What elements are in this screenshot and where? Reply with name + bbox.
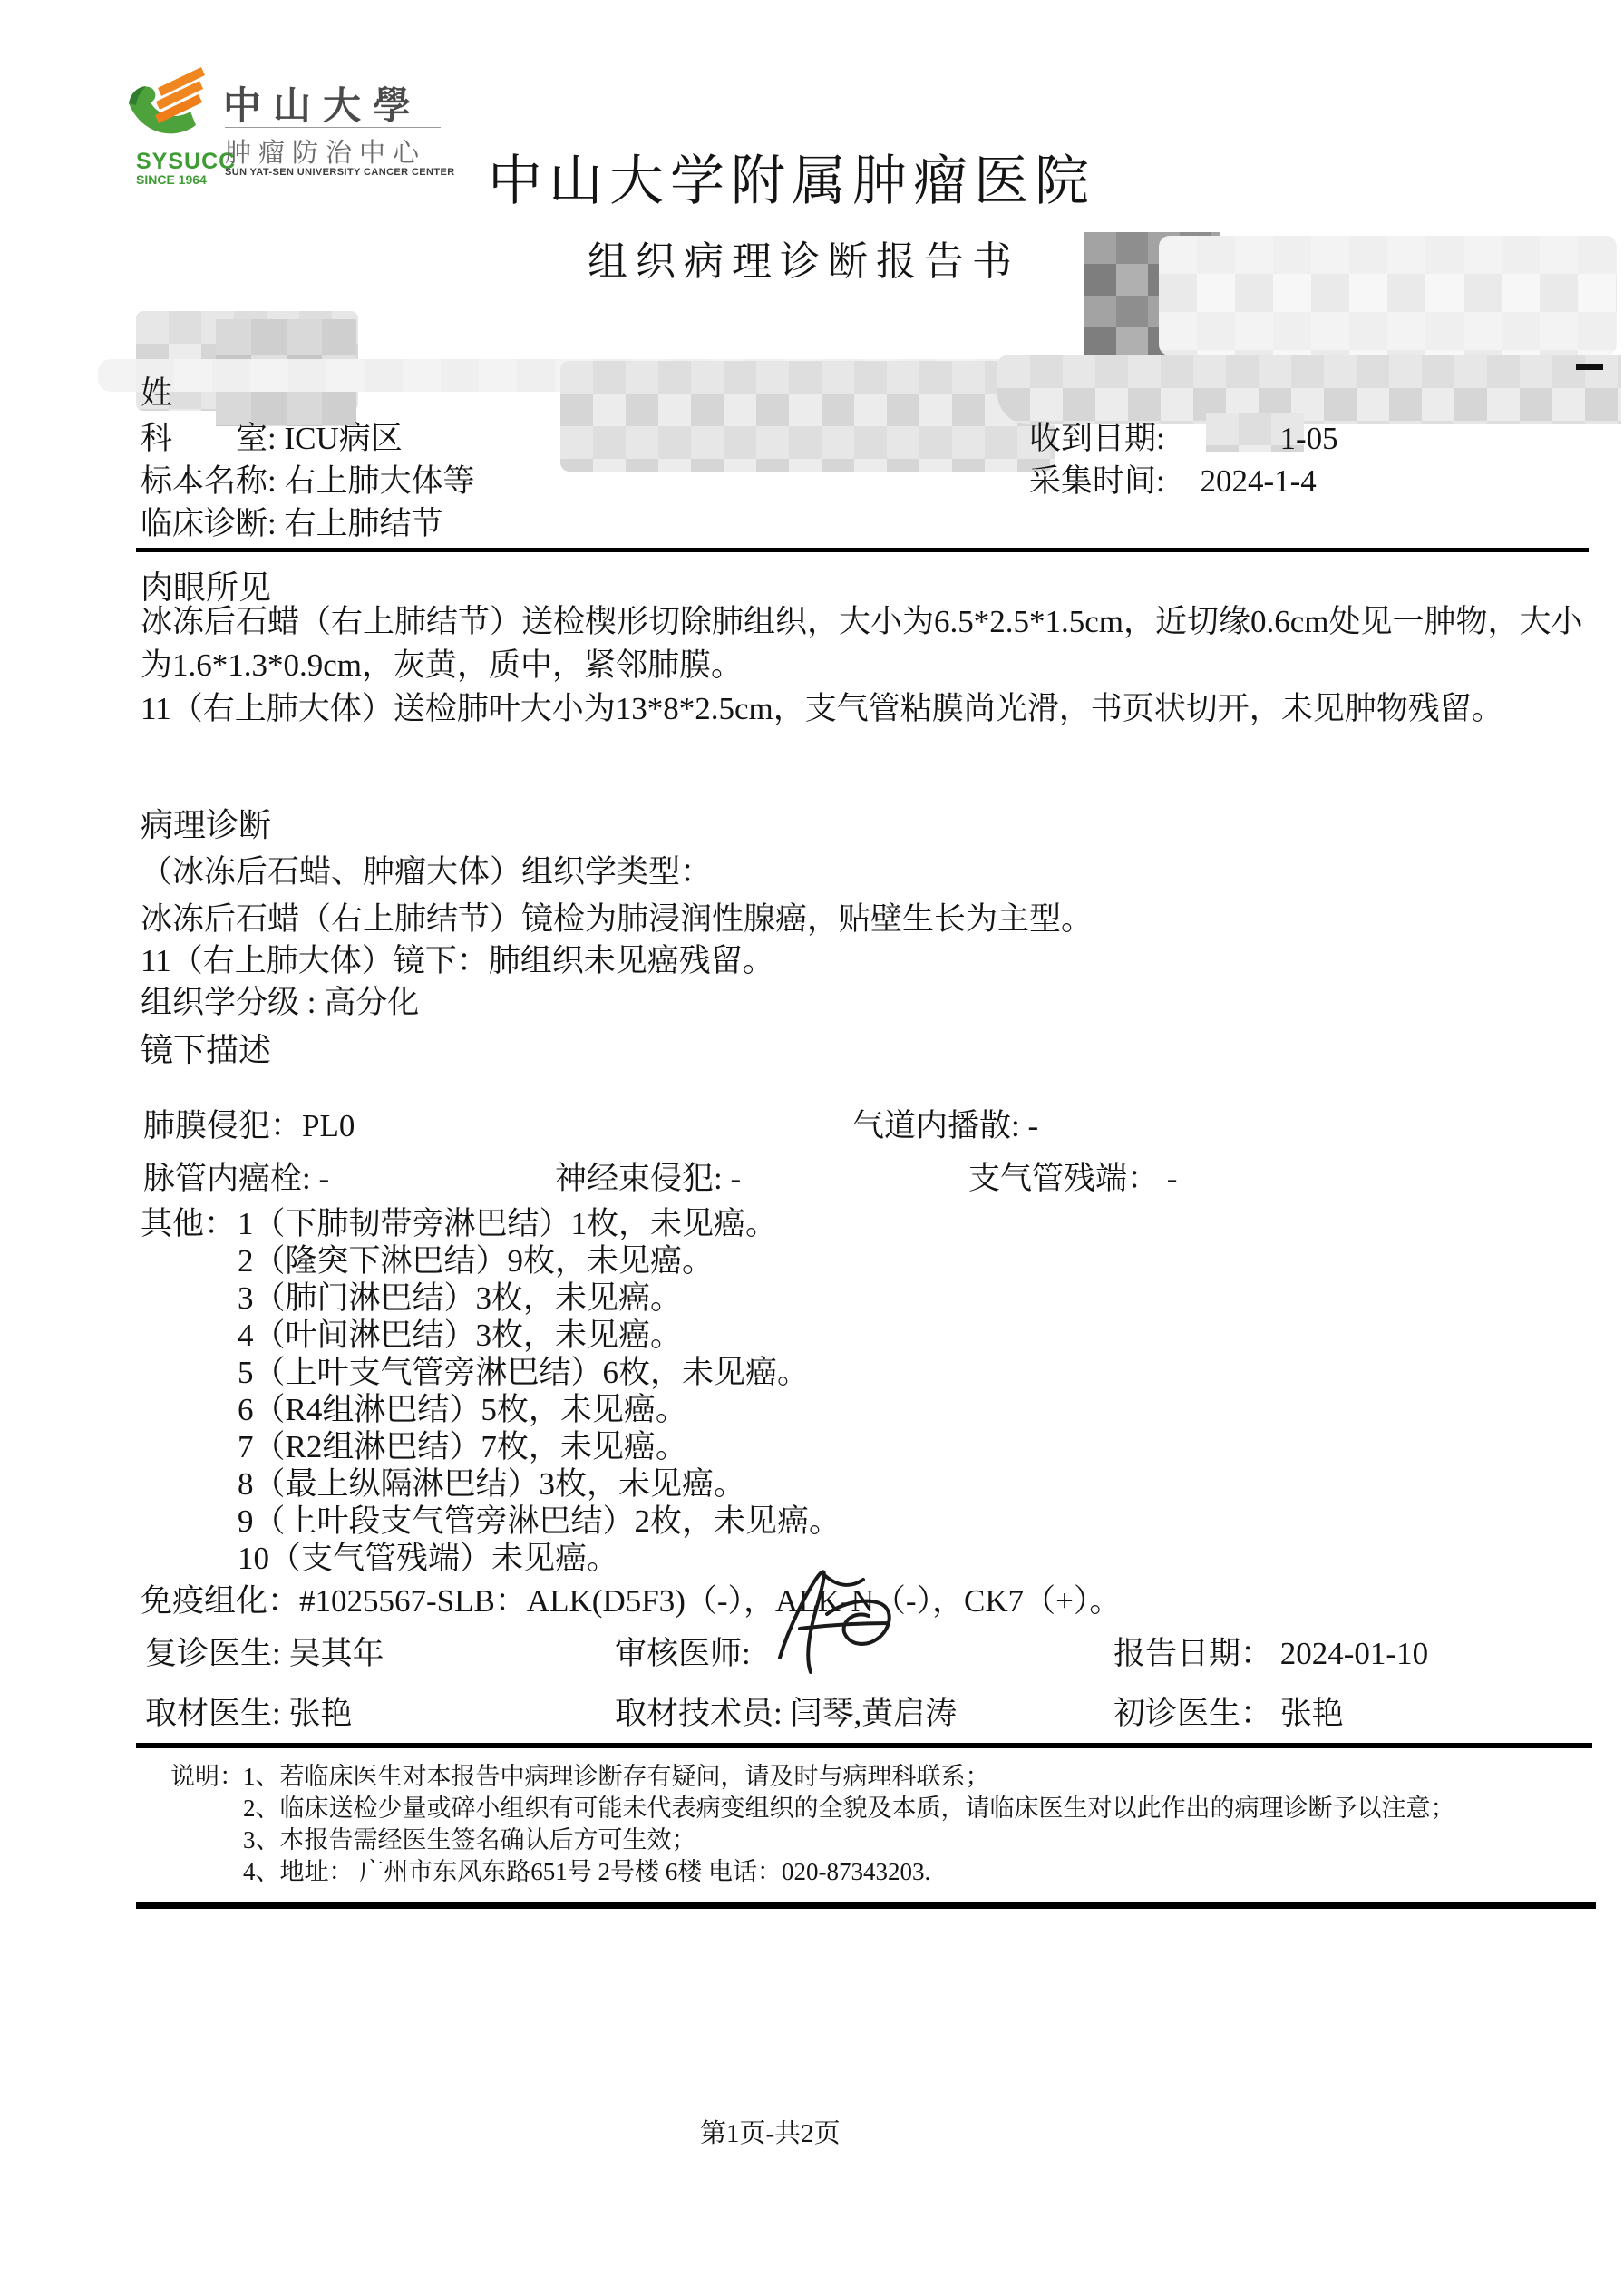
sysucc-bird-logo-icon: [125, 65, 216, 149]
page-indicator: 第1页-共2页: [700, 2113, 841, 2150]
diagnosis-line-1: 冰冻后石蜡（右上肺结节）镜检为肺浸润性腺癌，贴壁生长为主型。: [141, 898, 1093, 940]
vascular-tumor-thrombus-field: 脉管内癌栓: -: [143, 1157, 329, 1200]
microscopic-heading: 镜下描述: [141, 1025, 271, 1071]
diagnosis-line-2: 11（右上肺大体）镜下：肺组织未见癌残留。: [141, 939, 774, 982]
note-item: 1、若临床医生对本报告中病理诊断存有疑问，请及时与病理科联系；: [243, 1761, 990, 1793]
redaction-mosaic: [560, 361, 1055, 472]
report-date-label: 报告日期：: [1113, 1636, 1280, 1671]
redaction-mosaic: [997, 355, 1621, 424]
page-title: 中山大学附属肿瘤医院: [488, 138, 1095, 216]
diagnosis-heading: 病理诊断: [141, 800, 271, 846]
initial-doctor-field: 初诊医生： 张艳: [1113, 1692, 1344, 1735]
note-item: 3、本报告需经医生签名确认后方可生效；: [243, 1824, 696, 1856]
lymph-node-item: 8（最上纵隔淋巴结）3枚，未见癌。: [238, 1463, 745, 1505]
collected-time-value: 2024-1-4: [1172, 463, 1316, 499]
audit-doctor-label: 审核医师:: [615, 1636, 758, 1671]
logo-center-name: 肿瘤防治中心: [225, 132, 426, 170]
collected-time-label: 采集时间:: [1029, 463, 1172, 499]
lymph-node-item: 9（上叶段支气管旁淋巴结）2枚，未见癌。: [238, 1500, 841, 1542]
section-divider: [136, 1743, 1592, 1748]
patient-name-label: 姓: [141, 372, 172, 414]
note-item: 2、临床送检少量或碎小组织有可能未代表病变组织的全貌及本质，请临床医生对以此作出…: [243, 1793, 1455, 1824]
lymph-node-item: 5（上叶支气管旁淋巴结）6枚，未见癌。: [238, 1351, 809, 1394]
nerve-invasion-field: 神经束侵犯: -: [555, 1157, 741, 1200]
lymph-node-item: 7（R2组淋巴结）7枚，未见癌。: [238, 1425, 687, 1468]
pleura-label: 肺膜侵犯：: [143, 1108, 302, 1143]
department-row: 科 室: ICU病区: [141, 417, 403, 460]
ihc-value: #1025567-SLB：ALK(D5F3)（-），ALK-N（-），CK7（+…: [299, 1583, 1121, 1619]
histology-type-label: （冰冻后石蜡、肿瘤大体）组织学类型：: [141, 851, 712, 893]
logo-university-name: 中山大學: [223, 76, 423, 131]
sampling-doctor-field: 取材医生: 张艳: [145, 1692, 353, 1735]
clinical-dx-value: 右上肺结节: [284, 506, 442, 541]
airway-value: -: [1027, 1108, 1038, 1143]
hospital-logo: SYSUCC SINCE 1964 中山大學 肿瘤防治中心 SUN YAT-SE…: [125, 65, 424, 183]
notes-label: 说明：: [170, 1761, 244, 1793]
report-date-field: 报告日期： 2024-01-10: [1113, 1632, 1428, 1675]
bottom-divider: [136, 1902, 1596, 1909]
report-date-value: 2024-01-10: [1280, 1636, 1428, 1671]
review-doctor-field: 复诊医生: 吴其年: [145, 1632, 384, 1675]
lymph-node-item: 6（R4组淋巴结）5枚，未见癌。: [238, 1388, 687, 1431]
received-date-value: 1-05: [1172, 421, 1337, 456]
airway-spread-field: 气道内播散: -: [852, 1104, 1038, 1147]
lymph-node-item: 2（隆突下淋巴结）9枚，未见癌。: [238, 1240, 714, 1282]
logo-divider: [225, 127, 441, 128]
nerve-value: -: [730, 1161, 741, 1196]
note-item: 4、地址： 广州市东风东路651号 2号楼 6楼 电话：020-87343203…: [243, 1856, 930, 1888]
lymph-node-item: 10（支气管残端）未见癌。: [238, 1537, 618, 1580]
vascular-label: 脉管内癌栓:: [143, 1161, 318, 1196]
bronchial-label: 支气管残端：: [968, 1161, 1167, 1196]
initial-doctor-value: 张艳: [1280, 1696, 1344, 1731]
vascular-value: -: [318, 1161, 329, 1196]
received-date-label: 收到日期:: [1029, 421, 1172, 456]
specimen-label: 标本名称:: [141, 463, 284, 499]
clinical-dx-row: 临床诊断: 右上肺结节: [141, 502, 443, 545]
pleura-invasion-field: 肺膜侵犯：PL0: [143, 1104, 355, 1147]
department-value: ICU病区: [284, 421, 402, 456]
gross-findings-paragraph-1: 冰冻后石蜡（右上肺结节）送检楔形切除肺组织，大小为6.5*2.5*1.5cm，近…: [141, 600, 1596, 687]
clinical-dx-label: 临床诊断:: [141, 506, 284, 541]
logo-acronym: SYSUCC: [136, 149, 236, 175]
technician-value: 闫琴,黄启涛: [790, 1696, 957, 1731]
audit-doctor-signature: [762, 1558, 920, 1685]
pathology-report-page: SYSUCC SINCE 1964 中山大學 肿瘤防治中心 SUN YAT-SE…: [0, 0, 1624, 2296]
specimen-row: 标本名称: 右上肺大体等: [141, 460, 475, 502]
initial-doctor-label: 初诊医生：: [1113, 1696, 1280, 1731]
audit-doctor-field: 审核医师:: [615, 1632, 758, 1675]
section-divider: [136, 548, 1589, 552]
redaction-mosaic: [1159, 236, 1617, 355]
received-date-row: 收到日期: 1-05: [1029, 417, 1338, 460]
ihc-label: 免疫组化：: [141, 1583, 299, 1619]
logo-center-name-en: SUN YAT-SEN UNIVERSITY CANCER CENTER: [225, 167, 455, 178]
review-doctor-value: 吴其年: [288, 1636, 384, 1671]
sampling-doctor-label: 取材医生:: [145, 1696, 288, 1731]
report-subtitle: 组织病理诊断报告书: [588, 229, 1020, 287]
other-label: 其他：: [141, 1202, 236, 1245]
specimen-value: 右上肺大体等: [284, 463, 474, 499]
technician-label: 取材技术员:: [615, 1696, 790, 1731]
technician-field: 取材技术员: 闫琴,黄启涛: [615, 1692, 957, 1735]
ihc-row: 免疫组化：#1025567-SLB：ALK(D5F3)（-），ALK-N（-），…: [141, 1580, 1121, 1622]
gross-findings-paragraph-2: 11（右上肺大体）送检肺叶大小为13*8*2.5cm，支气管粘膜尚光滑，书页状切…: [141, 687, 1596, 731]
airway-label: 气道内播散:: [852, 1108, 1027, 1143]
histology-grade-row: 组织学分级 : 高分化: [141, 981, 419, 1024]
lymph-node-item: 3（肺门淋巴结）3枚，未见癌。: [238, 1277, 682, 1319]
pleura-value: PL0: [302, 1108, 355, 1143]
grade-label: 组织学分级 :: [141, 985, 324, 1020]
redacted-text-dash: [1576, 364, 1603, 370]
lymph-node-item: 4（叶间淋巴结）3枚，未见癌。: [238, 1314, 682, 1357]
bronchial-value: -: [1167, 1161, 1178, 1196]
review-doctor-label: 复诊医生:: [145, 1636, 288, 1671]
logo-since-label: SINCE 1964: [136, 172, 207, 187]
grade-value: 高分化: [324, 985, 419, 1020]
bronchial-stump-field: 支气管残端： -: [968, 1157, 1177, 1200]
lymph-node-item: 1（下肺韧带旁淋巴结）1枚，未见癌。: [238, 1202, 777, 1245]
sampling-doctor-value: 张艳: [288, 1696, 352, 1731]
nerve-label: 神经束侵犯:: [555, 1161, 730, 1196]
department-label: 科 室:: [141, 421, 284, 456]
collected-time-row: 采集时间: 2024-1-4: [1029, 460, 1317, 502]
